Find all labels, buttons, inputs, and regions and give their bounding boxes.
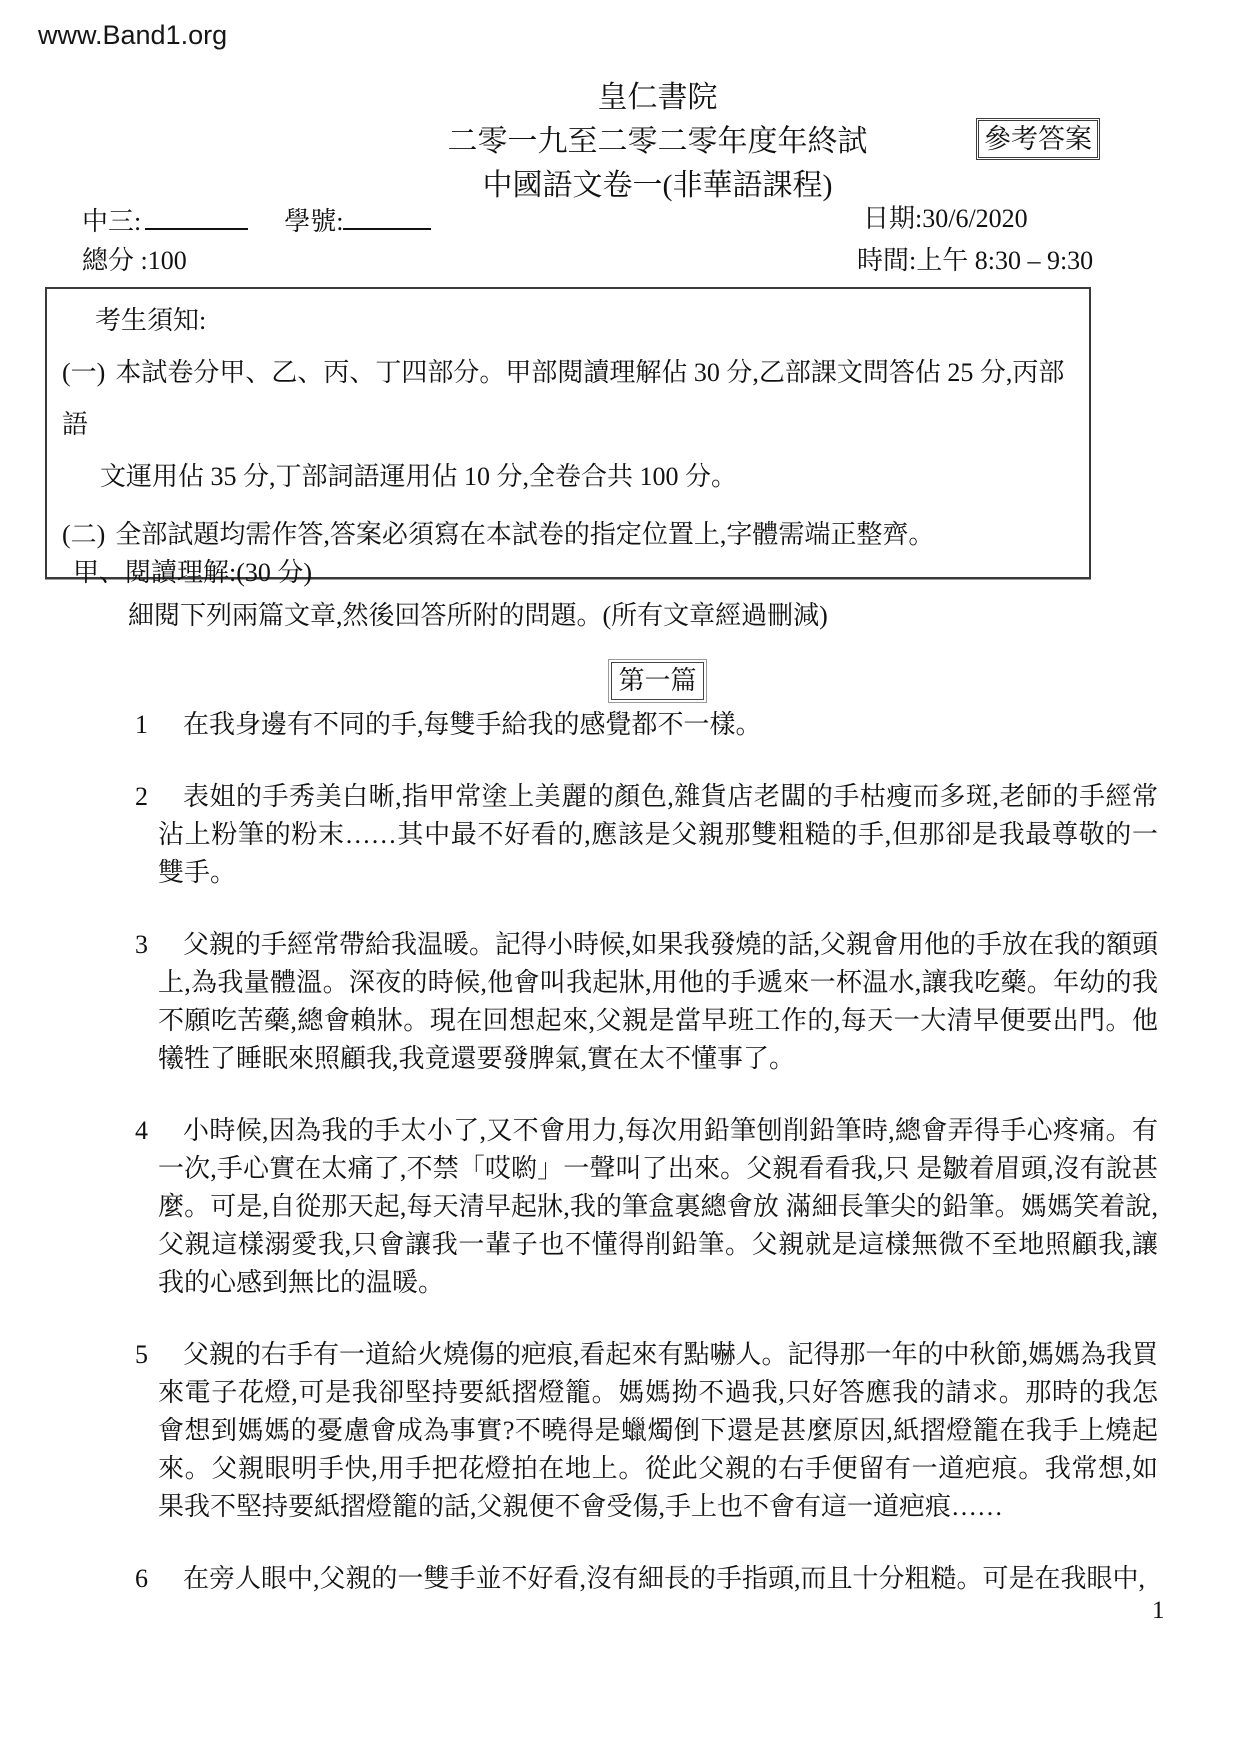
passage-paragraph-5: 5 父親的右手有一道給火燒傷的疤痕,看起來有點嚇人。記得那一年的中秋節,媽媽為我… [158,1336,1158,1526]
notice-item-1-line-1: (一)本試卷分甲、乙、丙、丁四部分。甲部閱讀理解佔 30 分,乙部課文問答佔 2… [62,347,1074,451]
time-row: 時間:上午 8:30 – 9:30 [857,242,1093,280]
page-number: 1 [1152,1596,1165,1626]
date-value: 30/6/2020 [922,204,1027,233]
passage-paragraph-3: 3 父親的手經常帶給我温暖。記得小時候,如果我發燒的話,父親會用他的手放在我的額… [158,926,1158,1078]
notice-title: 考生須知: [95,301,1074,341]
total-score-value: 100 [148,246,187,275]
paragraph-text: 在旁人眼中,父親的一雙手並不好看,沒有細長的手指頭,而且十分粗糙。可是在我眼中, [183,1564,1145,1593]
paragraph-number: 6 [135,1560,175,1598]
date-row: 日期:30/6/2020 [863,200,1028,238]
paragraph-text: 在我身邊有不同的手,每雙手給我的感覺都不一樣。 [183,710,762,739]
time-value: 上午 8:30 – 9:30 [916,246,1093,275]
date-label: 日期: [863,204,922,233]
total-score-label: 總分 : [82,246,148,275]
paragraph-number: 5 [135,1336,175,1374]
passage-paragraph-6: 6 在旁人眼中,父親的一雙手並不好看,沒有細長的手指頭,而且十分粗糙。可是在我眼… [158,1560,1158,1598]
paragraph-text: 小時候,因為我的手太小了,又不會用力,每次用鉛筆刨削鉛筆時,總會弄得手心疼痛。有… [158,1116,1158,1297]
passage-paragraph-1: 1 在我身邊有不同的手,每雙手給我的感覺都不一樣。 [158,706,1158,744]
paragraph-text: 父親的手經常帶給我温暖。記得小時候,如果我發燒的話,父親會用他的手放在我的額頭上… [158,930,1158,1073]
class-label: 中三: [82,207,141,236]
school-name: 皇仁書院 [75,76,1240,120]
passage-one-body: 1 在我身邊有不同的手,每雙手給我的感覺都不一樣。 2 表姐的手秀美白晰,指甲常… [158,706,1158,1598]
notice-item-2-text: 全部試題均需作答,答案必須寫在本試卷的指定位置上,字體需端正整齊。 [115,520,934,549]
class-blank [145,200,248,230]
section-a-instruction: 細閱下列兩篇文章,然後回答所附的問題。(所有文章經過刪減) [128,596,828,636]
paragraph-number: 2 [135,778,175,816]
watermark-text: www.Band1.org [38,20,227,51]
notice-item-1-number: (一) [62,358,105,387]
passage-paragraph-4: 4 小時候,因為我的手太小了,又不會用力,每次用鉛筆刨削鉛筆時,總會弄得手心疼痛… [158,1112,1158,1302]
exam-paper-page: www.Band1.org 皇仁書院 二零一九至二零二零年度年終試 中國語文卷一… [0,0,1240,1754]
total-score-row: 總分 :100 [82,242,187,280]
student-no-label: 學號: [284,207,343,236]
candidate-notice-box: 考生須知: (一)本試卷分甲、乙、丙、丁四部分。甲部閱讀理解佔 30 分,乙部課… [45,287,1091,579]
student-no-blank [343,200,431,230]
reference-answer-badge: 參考答案 [976,118,1100,160]
passage-paragraph-2: 2 表姐的手秀美白晰,指甲常塗上美麗的顏色,雜貨店老闆的手枯瘦而多斑,老師的手經… [158,778,1158,892]
paragraph-text: 表姐的手秀美白晰,指甲常塗上美麗的顏色,雜貨店老闆的手枯瘦而多斑,老師的手經常沾… [158,782,1158,887]
paragraph-number: 3 [135,926,175,964]
paragraph-number: 1 [135,706,175,744]
time-label: 時間: [857,246,916,275]
section-a-heading: 甲、閱讀理解:(30 分) [73,553,312,593]
paragraph-number: 4 [135,1112,175,1150]
class-student-row: 中三:學號: [82,200,431,241]
passage-one-label: 第一篇 [611,662,703,700]
notice-item-1: (一)本試卷分甲、乙、丙、丁四部分。甲部閱讀理解佔 30 分,乙部課文問答佔 2… [62,347,1074,503]
passage-label-wrap: 第一篇 [75,662,1240,700]
paragraph-text: 父親的右手有一道給火燒傷的疤痕,看起來有點嚇人。記得那一年的中秋節,媽媽為我買來… [158,1340,1158,1521]
notice-item-2-number: (二) [62,520,105,549]
notice-item-1-line-2: 文運用佔 35 分,丁部詞語運用佔 10 分,全卷合共 100 分。 [62,451,1074,503]
notice-item-1-text: 本試卷分甲、乙、丙、丁四部分。甲部閱讀理解佔 30 分,乙部課文問答佔 25 分… [62,358,1064,439]
